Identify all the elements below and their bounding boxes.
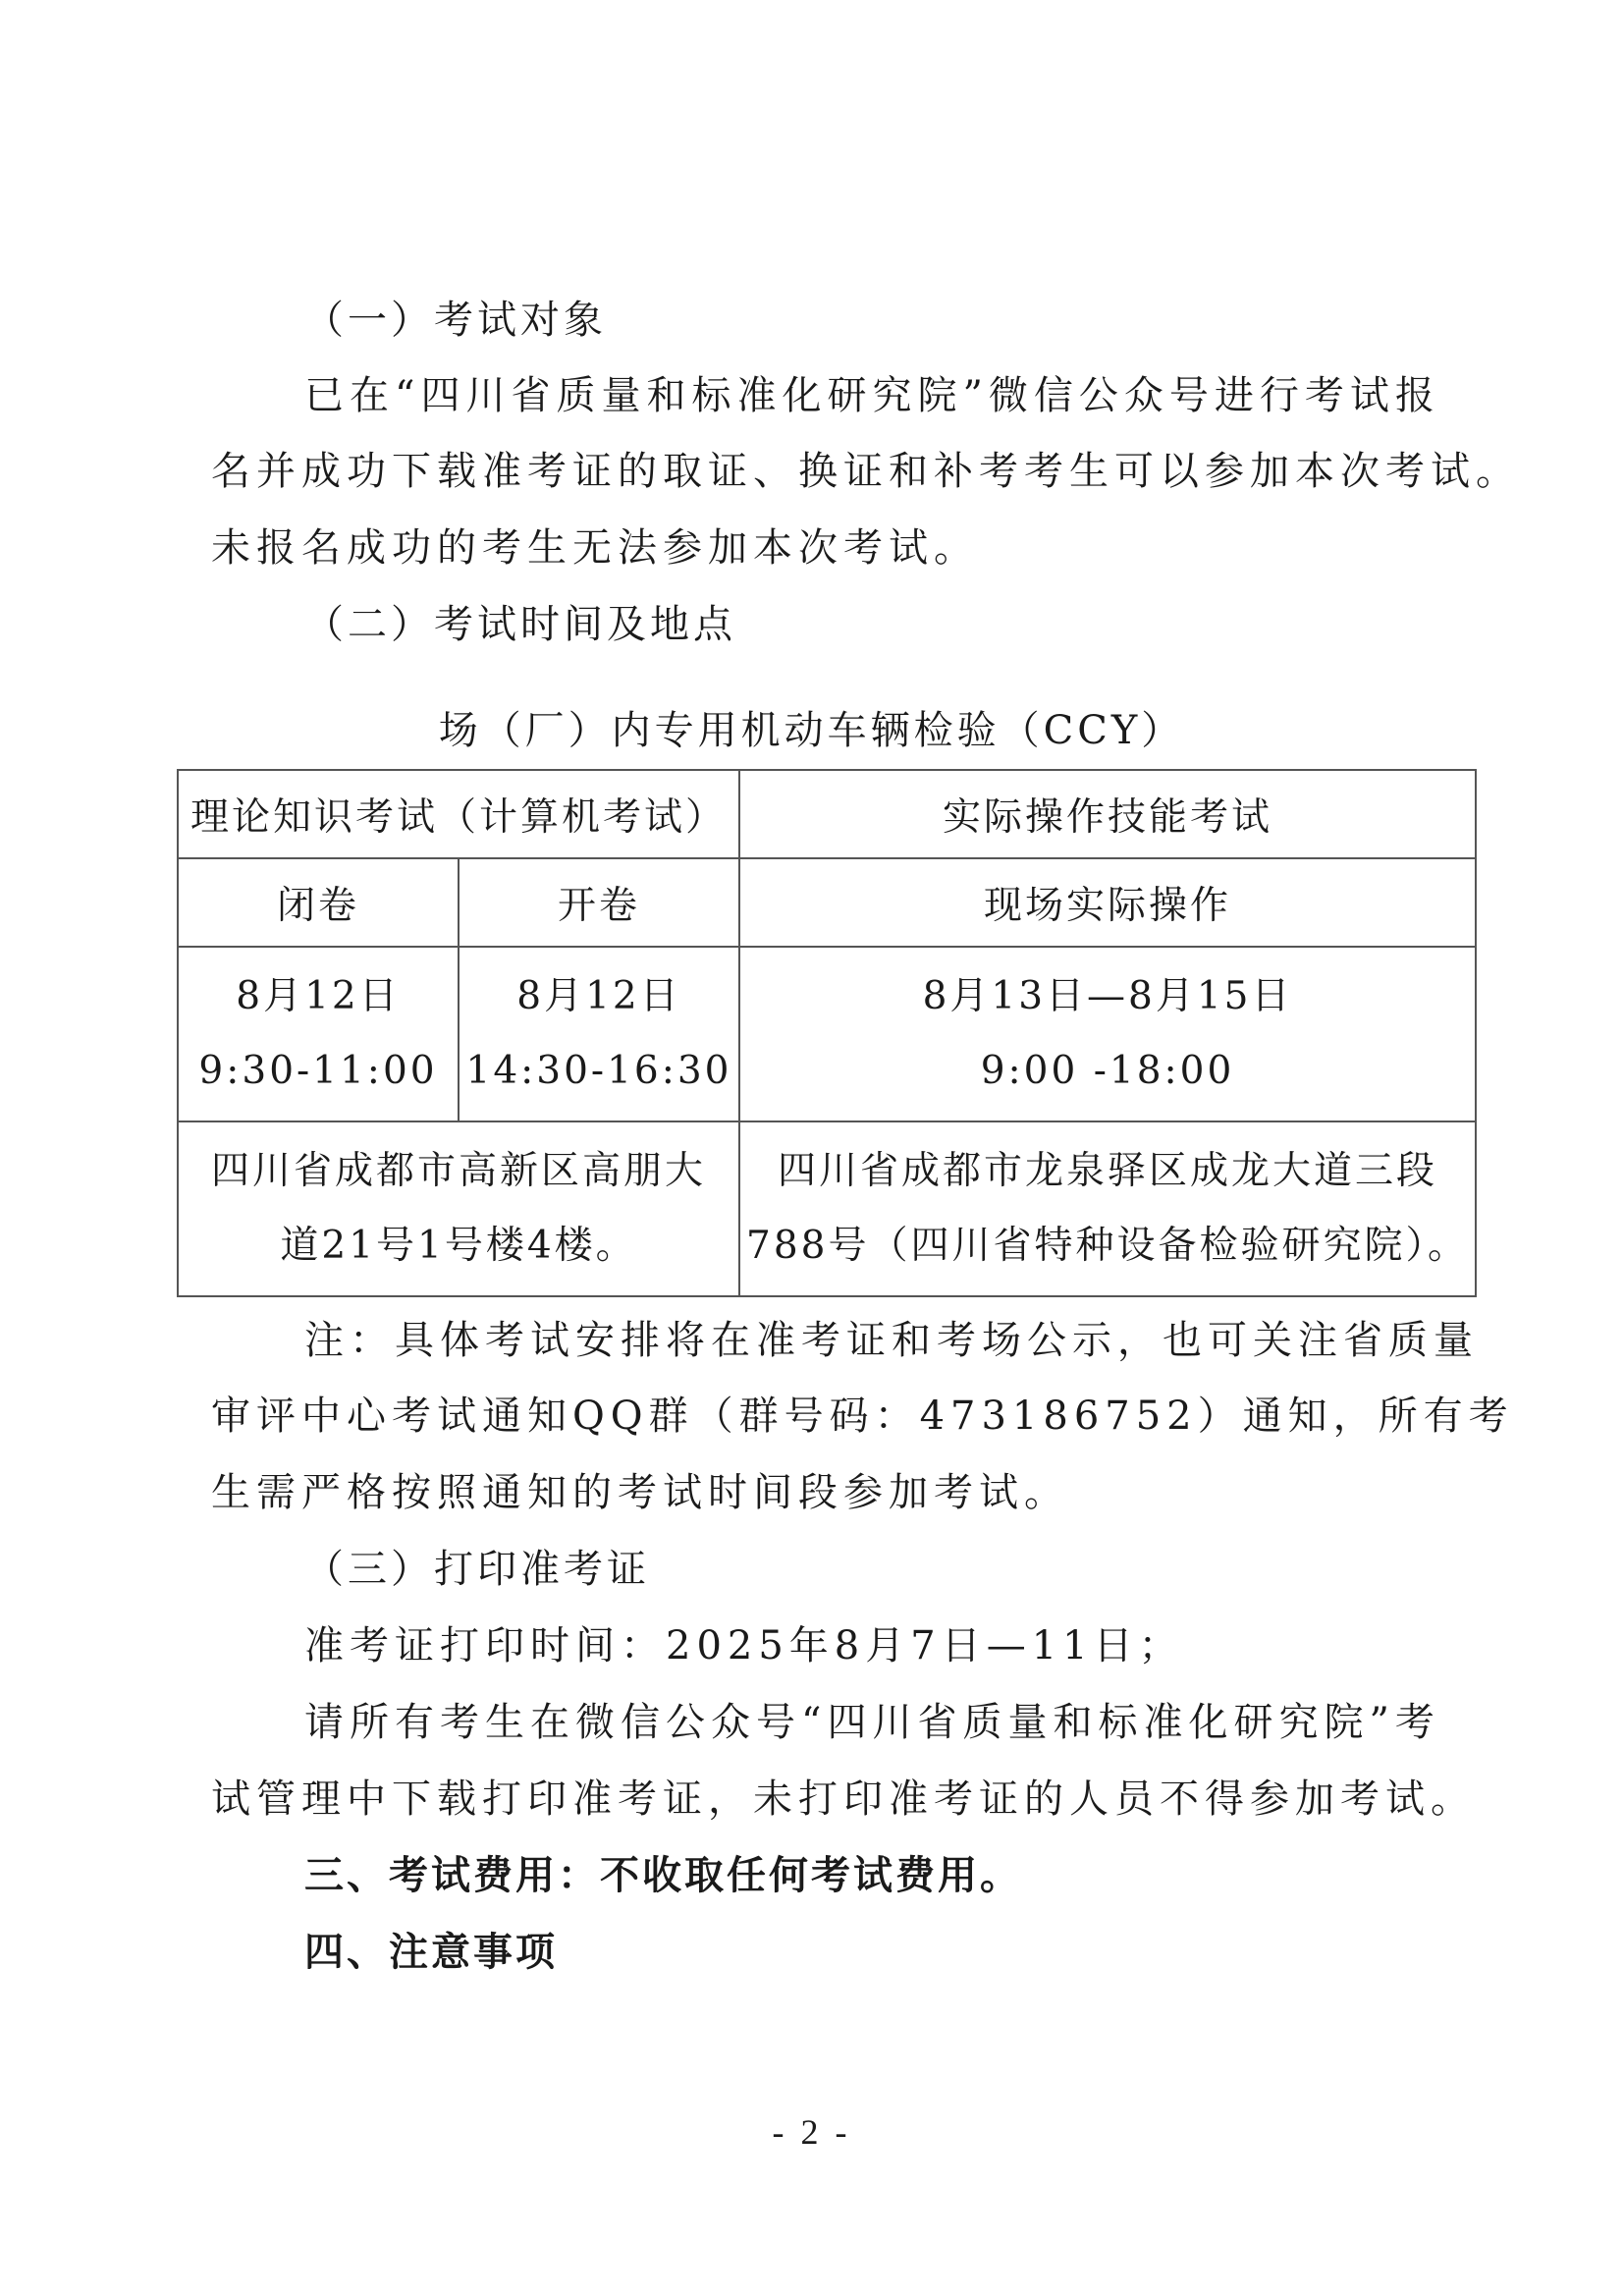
heading-exam-target: （一）考试对象 [304, 293, 607, 348]
paragraph-line: 未报名成功的考生无法参加本次考试。 [211, 520, 979, 575]
closed-book-date: 8月12日 [179, 959, 458, 1034]
subheader-open-book: 开卷 [459, 858, 739, 947]
table-header-row: 理论知识考试（计算机考试） 实际操作技能考试 [178, 770, 1476, 858]
open-book-date: 8月12日 [460, 959, 738, 1034]
heading-time-location: （二）考试时间及地点 [304, 597, 736, 652]
paragraph-line: 请所有考生在微信公众号“四川省质量和标准化研究院”考 [304, 1695, 1440, 1750]
cell-closed-book-schedule: 8月12日 9:30-11:00 [178, 947, 459, 1121]
open-book-time: 14:30-16:30 [460, 1034, 738, 1109]
note-line: 审评中心考试通知QQ群（群号码：473186752）通知，所有考 [211, 1389, 1514, 1444]
paragraph-line: 名并成功下载准考证的取证、换证和补考考生可以参加本次考试。 [211, 444, 1521, 499]
table-schedule-row: 8月12日 9:30-11:00 8月12日 14:30-16:30 8月13日… [178, 947, 1476, 1121]
closed-book-time: 9:30-11:00 [179, 1034, 458, 1109]
note-line: 生需严格按照通知的考试时间段参加考试。 [211, 1465, 1069, 1520]
practical-time: 9:00 -18:00 [740, 1034, 1475, 1109]
header-practical-exam: 实际操作技能考试 [739, 770, 1476, 858]
cell-theory-location: 四川省成都市高新区高朋大 道21号1号楼4楼。 [178, 1121, 739, 1296]
cell-open-book-schedule: 8月12日 14:30-16:30 [459, 947, 739, 1121]
practical-date: 8月13日—8月15日 [740, 959, 1475, 1034]
cell-practical-schedule: 8月13日—8月15日 9:00 -18:00 [739, 947, 1476, 1121]
note-line: 注：具体考试安排将在准考证和考场公示，也可关注省质量 [304, 1313, 1479, 1368]
theory-location-line: 四川省成都市高新区高朋大 [179, 1134, 738, 1209]
practical-location-line: 四川省成都市龙泉驿区成龙大道三段 [740, 1134, 1475, 1209]
paragraph-line: 已在“四川省质量和标准化研究院”微信公众号进行考试报 [304, 368, 1440, 423]
practical-location-line: 788号（四川省特种设备检验研究院）。 [740, 1209, 1475, 1284]
cell-practical-location: 四川省成都市龙泉驿区成龙大道三段 788号（四川省特种设备检验研究院）。 [739, 1121, 1476, 1296]
heading-exam-fees: 三、考试费用：不收取任何考试费用。 [304, 1848, 1022, 1903]
table-title: 场（厂）内专用机动车辆检验（CCY） [0, 703, 1623, 758]
subheader-closed-book: 闭卷 [178, 858, 459, 947]
heading-notes: 四、注意事项 [304, 1925, 558, 1980]
header-theory-exam: 理论知识考试（计算机考试） [178, 770, 739, 858]
paragraph-line: 试管理中下载打印准考证，未打印准考证的人员不得参加考试。 [211, 1772, 1476, 1827]
heading-admission-ticket: （三）打印准考证 [304, 1542, 650, 1597]
theory-location-line: 道21号1号楼4楼。 [179, 1209, 738, 1284]
document-page: （一）考试对象 已在“四川省质量和标准化研究院”微信公众号进行考试报 名并成功下… [0, 0, 1623, 2296]
print-time-line: 准考证打印时间：2025年8月7日—11日； [304, 1618, 1184, 1673]
table-location-row: 四川省成都市高新区高朋大 道21号1号楼4楼。 四川省成都市龙泉驿区成龙大道三段… [178, 1121, 1476, 1296]
page-number: - 2 - [0, 2111, 1623, 2153]
table-subheader-row: 闭卷 开卷 现场实际操作 [178, 858, 1476, 947]
exam-schedule-table: 理论知识考试（计算机考试） 实际操作技能考试 闭卷 开卷 现场实际操作 8月12… [177, 769, 1477, 1297]
subheader-on-site: 现场实际操作 [739, 858, 1476, 947]
